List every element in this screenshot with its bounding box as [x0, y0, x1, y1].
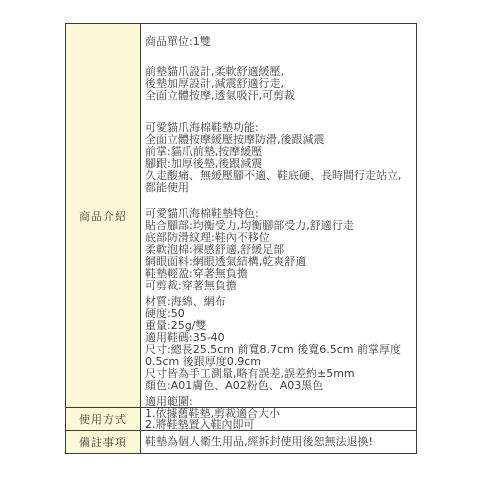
row-label-product-intro: 商品介紹 [66, 24, 141, 407]
row-label-notes: 備註事項 [66, 431, 141, 453]
text-line: 尺寸:總長25.5cm 前寬8.7cm 後寬6.5cm 前掌厚度0.5cm 後跟… [145, 343, 401, 368]
table-row-product-intro: 商品介紹 商品單位:1雙前墊貓爪設計,柔軟舒適緩壓,後墊加厚設計,減震舒適行走,… [66, 24, 416, 408]
text-paragraph: 可愛貓爪海棉鞋墊特色:貼合腳部:均衡受力,均衡腳部受力,舒適行走底部防滑紋理:鞋… [145, 208, 412, 292]
text-paragraph: 適用範圍:高跟鞋、休閒鞋、運動鞋、平底鞋、皮鞋都適用 [145, 396, 412, 407]
text-line: 久走酸痛、無緩壓腳不適、鞋底硬、長時間行走站立,都能使用 [145, 169, 402, 194]
text-line: 適用範圍: [145, 395, 193, 407]
notes-content: 鞋墊為個人衛生用品,經拆封使用後恕無法退換! [141, 431, 416, 453]
table-row-notes: 備註事項 鞋墊為個人衛生用品,經拆封使用後恕無法退換! [66, 431, 416, 453]
text-paragraph: 前墊貓爪設計,柔軟舒適緩壓,後墊加厚設計,減震舒適行走,全面立體按摩,透氣吸汗,… [145, 66, 412, 102]
table-row-usage: 使用方式 1.依據舊鞋墊,剪裁適合大小2.將鞋墊置入鞋內即可 [66, 408, 416, 431]
text-line: 鞋墊為個人衛生用品,經拆封使用後恕無法退換! [145, 435, 373, 448]
text-line: 可剪裁:穿著無負擔 [145, 279, 237, 292]
usage-content: 1.依據舊鞋墊,剪裁適合大小2.將鞋墊置入鞋內即可 [141, 408, 416, 430]
text-line: 商品單位:1雙 [145, 35, 211, 48]
product-detail-page: 商品介紹 商品單位:1雙前墊貓爪設計,柔軟舒適緩壓,後墊加厚設計,減震舒適行走,… [0, 0, 480, 480]
row-label-usage: 使用方式 [66, 408, 141, 430]
product-info-table: 商品介紹 商品單位:1雙前墊貓爪設計,柔軟舒適緩壓,後墊加厚設計,減震舒適行走,… [65, 23, 417, 454]
text-paragraph: 1.依據舊鞋墊,剪裁適合大小2.將鞋墊置入鞋內即可 [145, 408, 280, 430]
text-line: 2.將鞋墊置入鞋內即可 [145, 418, 255, 430]
text-paragraph: 可愛貓爪海棉鞋墊功能:全面立體按摩緩壓按摩防滑,後跟減震前掌:貓爪前墊,按摩緩壓… [145, 122, 412, 194]
text-paragraph: 材質:海綿、網布硬度:50重量:25g/雙適用鞋碼:35-40尺寸:總長25.5… [145, 296, 412, 392]
text-paragraph: 鞋墊為個人衛生用品,經拆封使用後恕無法退換! [145, 436, 373, 448]
product-intro-content: 商品單位:1雙前墊貓爪設計,柔軟舒適緩壓,後墊加厚設計,減震舒適行走,全面立體按… [141, 24, 416, 407]
text-line: 顏色:A01膚色、A02粉色、A03黑色 [145, 379, 323, 392]
text-line: 全面立體按摩,透氣吸汗,可剪裁 [145, 89, 295, 102]
text-paragraph: 商品單位:1雙 [145, 36, 412, 48]
